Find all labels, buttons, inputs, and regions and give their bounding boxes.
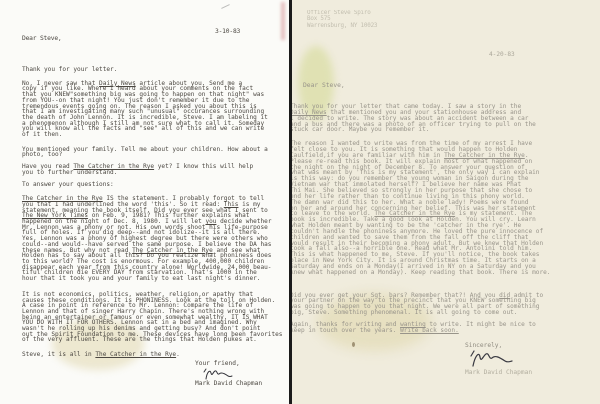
scanned-letters: Dear Steve, 3-10-83 Thank you for your l… xyxy=(0,0,600,404)
letter-closing: Sincerely, Mark David Chapman xyxy=(465,343,532,376)
pencil-tick-mark xyxy=(221,4,230,9)
letter-paragraph: Thank you for your letter that came toda… xyxy=(292,104,590,133)
letter-paragraph: Thank you for your letter. xyxy=(22,67,285,73)
signature-typed-name: Mark David Chapman xyxy=(195,380,262,387)
letter-header: Dear Steve, 3-10-83 xyxy=(22,28,267,49)
letter-paragraph: Did you ever get your Sgt. bars? Remembe… xyxy=(292,293,590,316)
letter-date: 3-10-83 xyxy=(215,28,240,35)
letter-paragraph: To answer your questions: xyxy=(22,182,285,188)
pink-edge-streak xyxy=(281,2,285,40)
letter-left-page: Dear Steve, 3-10-83 Thank you for your l… xyxy=(0,0,289,404)
signature-mark-icon xyxy=(469,350,513,369)
salutation: Dear Steve, xyxy=(22,35,62,42)
letter-paragraph: You mentioned your family. Tell me about… xyxy=(22,147,285,158)
letter-paragraph: Again, thanks for writing and wanting to… xyxy=(292,322,590,334)
ink-speck xyxy=(352,342,355,347)
letter-date: 4-20-83 xyxy=(489,51,515,58)
closing-label: Sincerely, xyxy=(465,342,502,349)
letter-closing: Your friend, Mark David Chapman xyxy=(195,361,262,387)
letter-body: Thank you for your letter that came toda… xyxy=(292,104,590,334)
letter-paragraph: No, I never saw that Daily News article … xyxy=(22,81,285,138)
letter-paragraph: The reason I wanted to write was from th… xyxy=(292,141,590,275)
recipient-address-block: Officer Steve Spiro Box 575 Warrensburg,… xyxy=(307,10,377,29)
letter-body: Thank you for your letter.No, I never sa… xyxy=(22,67,285,358)
letter-paragraph: The Catcher in the Rye IS the statement.… xyxy=(22,196,285,282)
letter-paragraph: Have you read The Catcher in the Rye yet… xyxy=(22,164,285,175)
signature-typed-name: Mark David Chapman xyxy=(465,369,532,376)
letter-paragraph: It is not economics, politics, weather, … xyxy=(22,292,285,343)
closing-label: Your friend, xyxy=(195,360,240,367)
letter-paragraph: Steve, it is all in The Catcher in the R… xyxy=(22,352,285,358)
letter-right-page: Officer Steve Spiro Box 575 Warrensburg,… xyxy=(292,0,600,404)
salutation: Dear Steve, xyxy=(303,82,345,89)
